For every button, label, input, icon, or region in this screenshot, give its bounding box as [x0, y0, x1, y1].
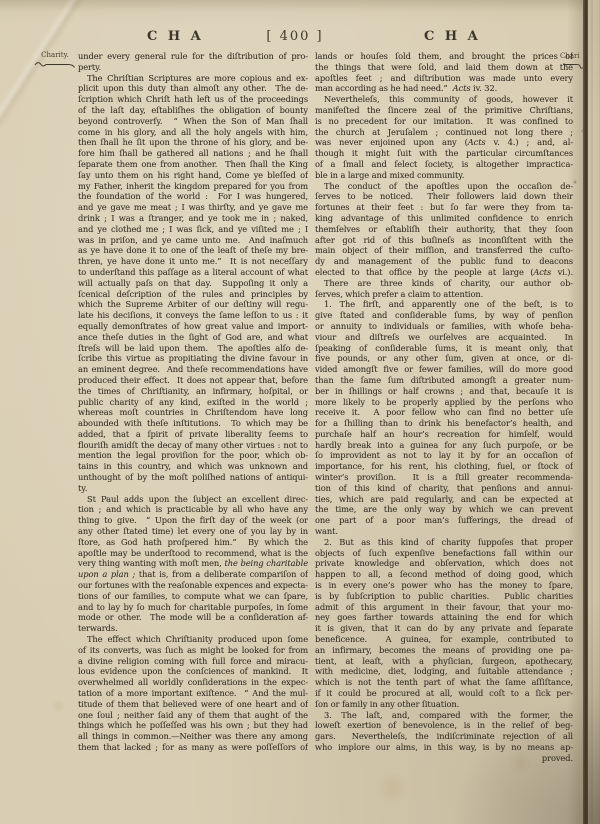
text-line: will actually paſs on that day. Suppoſin… [78, 278, 308, 289]
text-line: abounded with theſe inſtitutions. To whi… [78, 418, 308, 429]
text-line: upon a plan ; that is, from a deliberate… [78, 569, 308, 580]
text-line: then ſhall he ſit upon the throne of his… [78, 137, 308, 148]
text-line: There are three kinds of charity, our au… [315, 278, 573, 289]
text-line: main object of their miſſion, and transf… [315, 245, 573, 256]
text-line: mention the legal proviſion for the poor… [78, 450, 308, 461]
text-line: ance theſe duties in the ſight of God ar… [78, 332, 308, 343]
text-line: receive it. A poor fellow who can find n… [315, 407, 573, 418]
text-line: 3. The laſt, and, compared with the form… [315, 710, 573, 721]
text-line: and ye gave me meat ; I was thirſty, and… [78, 202, 308, 213]
text-line: any other ſtated time) let every one of … [78, 526, 308, 537]
text-line: elected to that office by the people at … [315, 267, 573, 278]
text-line: ble in a large and mixed community. [315, 170, 573, 181]
text-line: dy and management of the public fund to … [315, 256, 573, 267]
text-line: Nevertheleſs, this community of goods, h… [315, 94, 573, 105]
text-line: of the laſt day, eſtabliſhes the obligat… [78, 105, 308, 116]
text-line: ties, which are paid regularly, and can … [315, 494, 573, 505]
text-line: unthought of by the moſt poliſhed nation… [78, 472, 308, 483]
margin-note-left-label: Charity. [41, 51, 69, 59]
text-line: titude of them that believed were of one… [78, 699, 308, 710]
text-line: importance, for his rent, his clothing, … [315, 461, 573, 472]
text-line: loweſt exertion of benevolence, is in th… [315, 720, 573, 731]
text-line: under every general rule for the diſtrib… [78, 51, 308, 62]
text-line: all things in common.—Neither was there … [78, 731, 308, 742]
text-line: ney goes farther towards attaining the e… [315, 612, 573, 623]
book-page: C H A [ 400 ] C H A Charity. Chari under… [0, 0, 600, 824]
text-line: ſcription which Chriſt hath left us of t… [78, 94, 308, 105]
text-line: ſtreſs will be laid upon them. The apoſt… [78, 343, 308, 354]
text-line: the things that were ſold, and laid them… [315, 62, 573, 73]
text-line: which is not the tenth part of what the … [315, 677, 573, 688]
text-line: thing to give. “ Upon the firſt day of t… [78, 515, 308, 526]
page-number: [ 400 ] [252, 29, 338, 44]
text-line: the church at Jeruſalem ; continued not … [315, 127, 573, 138]
text-line: and ye clothed me ; I was ſick, and ye v… [78, 224, 308, 235]
text-line: tation of a more important exiſtence. “ … [78, 688, 308, 699]
page-edge-line [583, 0, 588, 824]
text-line: drink ; I was a ſtranger, and ye took me… [78, 213, 308, 224]
text-line: perty. [78, 62, 308, 73]
text-line: five pounds, or any other ſum, given at … [315, 353, 573, 364]
text-line: public charity of any kind, exiſted in t… [78, 397, 308, 408]
text-line: vided amongſt five or fewer families, wi… [315, 364, 573, 375]
text-line: want. [315, 526, 573, 537]
text-line: ty. [78, 483, 308, 494]
text-line: one ſoul ; neither ſaid any of them that… [78, 710, 308, 721]
header-right-title: C H A [424, 29, 481, 44]
right-column: lands or houſes ſold them, and brought t… [315, 51, 573, 764]
text-line: my Father, inherit the kingdom prepared … [78, 181, 308, 192]
margin-swash-icon [34, 60, 76, 69]
text-line: overwhelmed all worldly conſiderations i… [78, 677, 308, 688]
text-line: or annuity to individuals or families, w… [315, 321, 573, 332]
text-line: one part of a poor man’s ſufferings, the… [315, 515, 573, 526]
text-line: proved. [315, 753, 573, 764]
text-line: happen to all, a ſecond method of doing … [315, 569, 573, 580]
text-line: though it might ſuit with the particular… [315, 148, 573, 159]
text-line: ſtore, as God hath proſpered him.” By wh… [78, 537, 308, 548]
text-line: lands or houſes ſold them, and brought t… [315, 51, 573, 62]
text-line: if it could be procured at all, would co… [315, 688, 573, 699]
text-line: give ſtated and conſiderable ſums, by wa… [315, 310, 573, 321]
text-line: purchaſe half an hour’s recreation for h… [315, 429, 573, 440]
text-line: beneficence. A guinea, for example, cont… [315, 634, 573, 645]
text-line: whereas moſt countries in Chriſtendom ha… [78, 407, 308, 418]
text-line: ber in ſhillings or half crowns ; and th… [315, 386, 573, 397]
text-line: ſerves to be noticed. Their followers la… [315, 191, 573, 202]
text-line: the foundation of the world : For I was … [78, 191, 308, 202]
text-line: it is given, that it can do by any priva… [315, 623, 573, 634]
text-line: terwards. [78, 623, 308, 634]
text-line: produced their effect. It does not appea… [78, 375, 308, 386]
text-line: is in every one’s power who has the mone… [315, 580, 573, 591]
text-line: come in his glory, and all the holy ange… [78, 127, 308, 138]
text-line: than the ſame ſum diſtributed amongſt a … [315, 375, 573, 386]
text-line: man according as he had need.” Acts iv. … [315, 83, 573, 94]
text-line: thren, ye have done it unto me.” It is n… [78, 256, 308, 267]
text-line: of a ſmall and ſelect ſociety, is altoge… [315, 159, 573, 170]
text-line: The conduct of the apoſtles upon the occ… [315, 181, 573, 192]
text-line: admit of this argument in their favour, … [315, 602, 573, 613]
text-line: king advantage of this unlimited confide… [315, 213, 573, 224]
text-line: tains in this country, and which was unk… [78, 461, 308, 472]
text-line: objects of ſuch expenſive benefactions f… [315, 548, 573, 559]
text-line: who implore our alms, in this way, is by… [315, 742, 573, 753]
text-line: gars. Nevertheleſs, the indiſcriminate r… [315, 731, 573, 742]
text-line: mode or other. The mode will be a conſid… [78, 612, 308, 623]
text-line: 1. The firſt, and apparently one of the … [315, 299, 573, 310]
text-line: flouriſh amidſt the decay of many other … [78, 440, 308, 451]
text-line: was in priſon, and ye came unto me. And … [78, 235, 308, 246]
running-header: C H A [ 400 ] C H A [0, 29, 600, 45]
text-line: added, that a ſpirit of private liberali… [78, 429, 308, 440]
text-line: after got rid of this buſineſs as inconſ… [315, 235, 573, 246]
text-line: viour and diſtreſs we ourſelves are acqu… [315, 332, 573, 343]
text-line: which the Supreme Arbiter of our deſtiny… [78, 299, 308, 310]
text-line: ſcribe this virtue as propitiating the d… [78, 353, 308, 364]
text-line: apoſtle may be underſtood to recommend, … [78, 548, 308, 559]
margin-note-left: Charity. [33, 51, 77, 69]
text-line: a divine religion coming with full force… [78, 656, 308, 667]
text-line: as ye have done it to one of the leaſt o… [78, 245, 308, 256]
text-line: tion ; and which is practicable by all w… [78, 504, 308, 515]
text-line: manifeſted the ſincere zeal of the primi… [315, 105, 573, 116]
text-line: themſelves or eſtabliſh their authority,… [315, 224, 573, 235]
text-line: to underſtand this paſſage as a literal … [78, 267, 308, 278]
text-line: fore him ſhall be gathered all nations ;… [78, 148, 308, 159]
text-line: is by ſubſcription to public charities. … [315, 591, 573, 602]
text-line: The Chriſtian Scriptures are more copiou… [78, 73, 308, 84]
text-line: our fortunes with the reaſonable expence… [78, 580, 308, 591]
text-line: ſay unto them on his right hand, Come ye… [78, 170, 308, 181]
text-line: ſo improvident as not to lay it by for a… [315, 450, 573, 461]
text-line: tient, at leaſt, with a phyſician, ſurge… [315, 656, 573, 667]
text-line: is no precedent for our imitation. It wa… [315, 116, 573, 127]
text-line: of its converts, was ſuch as might be lo… [78, 645, 308, 656]
text-line: St Paul adds upon the ſubject an excelle… [78, 494, 308, 505]
text-line: them that lacked ; for as many as were p… [78, 742, 308, 753]
text-line: plicit upon this duty than almoſt any ot… [78, 83, 308, 94]
left-column: under every general rule for the diſtrib… [78, 51, 308, 753]
text-line: an eminent degree. And theſe recommendat… [78, 364, 308, 375]
text-line: for a ſhilling than to drink his benefac… [315, 418, 573, 429]
text-line: 2. But as this kind of charity ſuppoſes … [315, 537, 573, 548]
text-line: lous evidence upon the conſciences of ma… [78, 666, 308, 677]
text-line: and to lay by ſo much for charitable pur… [78, 602, 308, 613]
text-line: beyond controverſy. “ When the Son of Ma… [78, 116, 308, 127]
text-line: winter’s proviſion. It is a ſtill greate… [315, 472, 573, 483]
text-line: the time, are the only way by which we c… [315, 504, 573, 515]
text-line: private knowledge and obſervation, which… [315, 558, 573, 569]
text-line: equally demonſtrates of how great value … [78, 321, 308, 332]
text-line: late his deciſions, it conveys the ſame … [78, 310, 308, 321]
text-line: with medicine, diet, lodging, and ſuitab… [315, 666, 573, 677]
text-line: things which he poſſeſſed was his own ; … [78, 720, 308, 731]
text-line: fortunes at their feet : but ſo far were… [315, 202, 573, 213]
text-line: ſon or family in any other ſituation. [315, 699, 573, 710]
text-line: ſpeaking of conſiderable ſums, it is mea… [315, 343, 573, 354]
text-line: an infirmary, becomes the means of provi… [315, 645, 573, 656]
text-line: apoſtles feet ; and diſtribution was mad… [315, 73, 573, 84]
text-line: tion of this kind of charity, that penſi… [315, 483, 573, 494]
text-line: ſerves, which prefer a claim to attentio… [315, 289, 573, 300]
text-line: hardly break into a guinea for any ſuch … [315, 440, 573, 451]
text-line: ſeparate them one from another. Then ſha… [78, 159, 308, 170]
text-line: the times of Chriſtianity, an infirmary,… [78, 386, 308, 397]
text-line: very thing wanting with moſt men, the be… [78, 558, 308, 569]
text-line: tions of our families, to compute what w… [78, 591, 308, 602]
header-left-title: C H A [147, 29, 204, 44]
text-line: The effect which Chriſtianity produced u… [78, 634, 308, 645]
text-line: was never enjoined upon any (Acts v. 4.)… [315, 137, 573, 148]
text-line: ſcenical deſcription of the rules and pr… [78, 289, 308, 300]
adjacent-page-edge [588, 0, 600, 824]
text-line: more likely to be properly applied by th… [315, 397, 573, 408]
